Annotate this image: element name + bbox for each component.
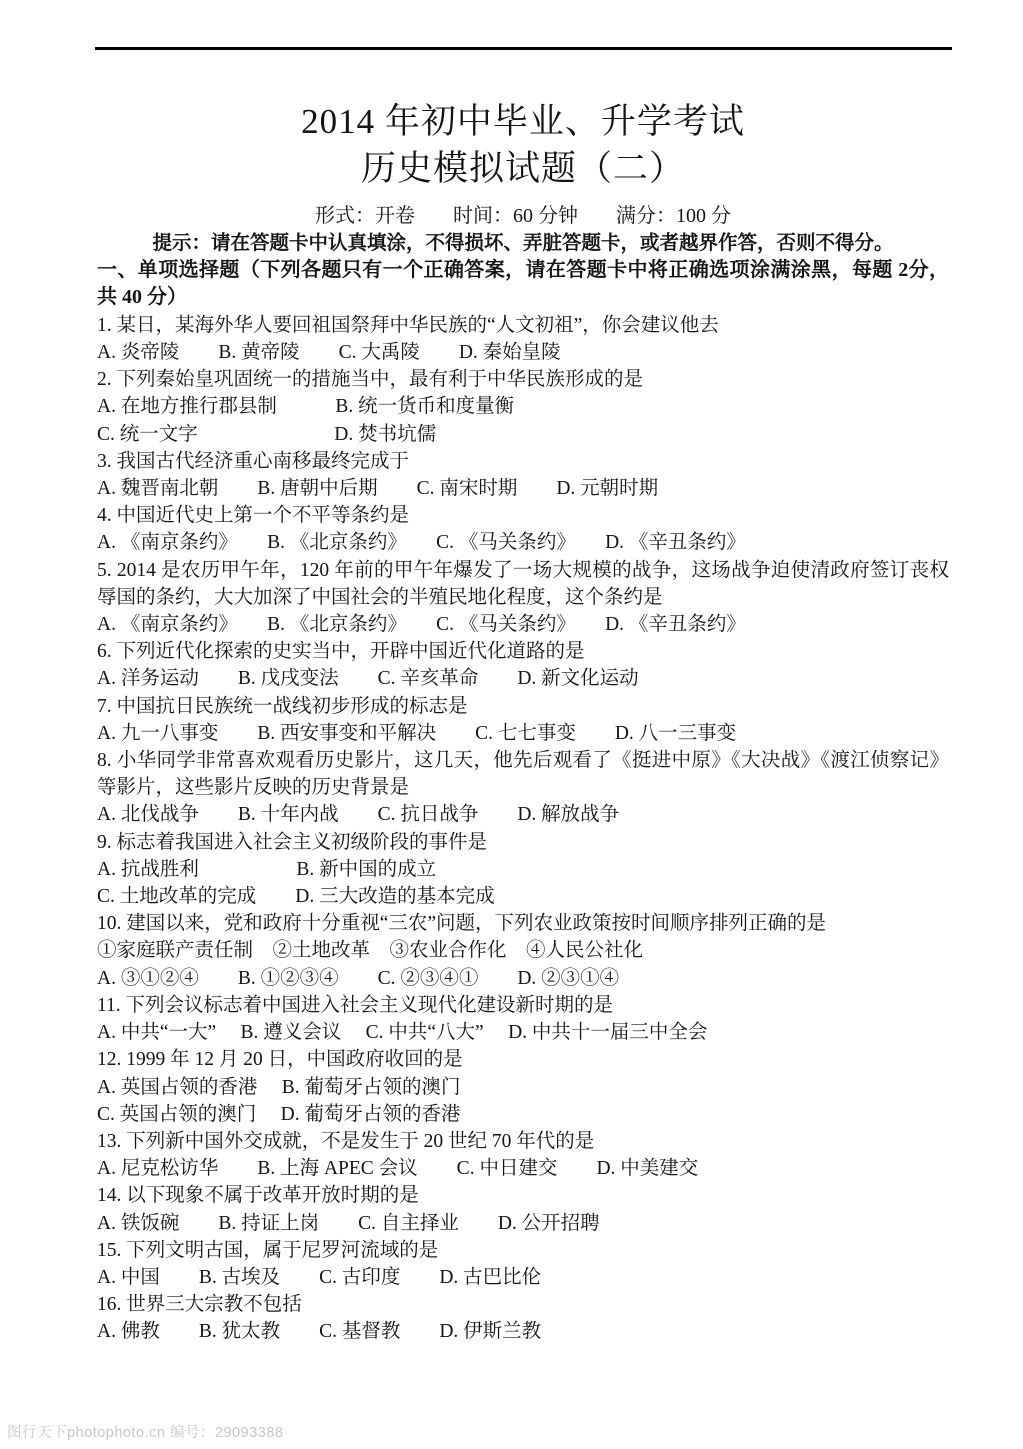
question-line: 7. 中国抗日民族统一战线初步形成的标志是 xyxy=(97,693,949,720)
question-line: A. 佛教 B. 犹太教 C. 基督教 D. 伊斯兰教 xyxy=(97,1318,949,1345)
question-line: A. 中共“一大” B. 遵义会议 C. 中共“八大” D. 中共十一届三中全会 xyxy=(97,1019,949,1046)
question-line: A. 北伐战争 B. 十年内战 C. 抗日战争 D. 解放战争 xyxy=(97,801,949,828)
question-line: A. 中国 B. 古埃及 C. 古印度 D. 古巴比伦 xyxy=(97,1264,949,1291)
question-line: 5. 2014 是农历甲午年，120 年前的甲午年爆发了一场大规模的战争，这场战… xyxy=(97,557,949,611)
question-line: 16. 世界三大宗教不包括 xyxy=(97,1291,949,1318)
question-line: 2. 下列秦始皇巩固统一的措施当中，最有利于中华民族形成的是 xyxy=(97,366,949,393)
question-15: 15. 下列文明古国，属于尼罗河流域的是A. 中国 B. 古埃及 C. 古印度 … xyxy=(97,1237,949,1291)
question-line: A. 抗战胜利 B. 新中国的成立 xyxy=(97,856,949,883)
exam-title-line2: 历史模拟试题（二） xyxy=(97,145,949,192)
exam-notice: 提示：请在答题卡中认真填涂，不得损坏、弄脏答题卡，或者越界作答，否则不得分。 xyxy=(97,230,949,257)
question-1: 1. 某日，某海外华人要回祖国祭拜中华民族的“人文初祖”，你会建议他去A. 炎帝… xyxy=(97,312,949,366)
question-13: 13. 下列新中国外交成就，不是发生于 20 世纪 70 年代的是A. 尼克松访… xyxy=(97,1128,949,1182)
question-5: 5. 2014 是农历甲午年，120 年前的甲午年爆发了一场大规模的战争，这场战… xyxy=(97,557,949,639)
question-line: 1. 某日，某海外华人要回祖国祭拜中华民族的“人文初祖”，你会建议他去 xyxy=(97,312,949,339)
question-line: 8. 小华同学非常喜欢观看历史影片，这几天，他先后观看了《挺进中原》《大决战》《… xyxy=(97,747,949,801)
question-line: 11. 下列会议标志着中国进入社会主义现代化建设新时期的是 xyxy=(97,992,949,1019)
question-3: 3. 我国古代经济重心南移最终完成于A. 魏晋南北朝 B. 唐朝中后期 C. 南… xyxy=(97,448,949,502)
exam-content: 2014 年初中毕业、升学考试 历史模拟试题（二） 形式：开卷时间：60 分钟满… xyxy=(97,0,949,1346)
question-line: C. 英国占领的澳门 D. 葡萄牙占领的香港 xyxy=(97,1101,949,1128)
question-line: C. 土地改革的完成 D. 三大改造的基本完成 xyxy=(97,883,949,910)
question-7: 7. 中国抗日民族统一战线初步形成的标志是A. 九一八事变 B. 西安事变和平解… xyxy=(97,693,949,747)
question-line: A. 《南京条约》 B. 《北京条约》 C. 《马关条约》 D. 《辛丑条约》 xyxy=(97,611,949,638)
question-line: 9. 标志着我国进入社会主义初级阶段的事件是 xyxy=(97,829,949,856)
question-line: 14. 以下现象不属于改革开放时期的是 xyxy=(97,1182,949,1209)
question-14: 14. 以下现象不属于改革开放时期的是A. 铁饭碗 B. 持证上岗 C. 自主择… xyxy=(97,1182,949,1236)
question-list: 1. 某日，某海外华人要回祖国祭拜中华民族的“人文初祖”，你会建议他去A. 炎帝… xyxy=(97,312,949,1346)
question-16: 16. 世界三大宗教不包括A. 佛教 B. 犹太教 C. 基督教 D. 伊斯兰教 xyxy=(97,1291,949,1345)
question-line: ①家庭联产责任制 ②土地改革 ③农业合作化 ④人民公社化 xyxy=(97,937,949,964)
question-line: 12. 1999 年 12 月 20 日，中国政府收回的是 xyxy=(97,1046,949,1073)
question-11: 11. 下列会议标志着中国进入社会主义现代化建设新时期的是A. 中共“一大” B… xyxy=(97,992,949,1046)
exam-meta-row: 形式：开卷时间：60 分钟满分：100 分 xyxy=(97,204,949,229)
exam-title-line1: 2014 年初中毕业、升学考试 xyxy=(97,98,949,145)
question-line: 15. 下列文明古国，属于尼罗河流域的是 xyxy=(97,1237,949,1264)
question-line: 6. 下列近代化探索的史实当中，开辟中国近代化道路的是 xyxy=(97,638,949,665)
question-line: A. ③①②④ B. ①②③④ C. ②③④① D. ②③①④ xyxy=(97,965,949,992)
question-line: A. 洋务运动 B. 戊戌变法 C. 辛亥革命 D. 新文化运动 xyxy=(97,665,949,692)
exam-paper-page: 2014 年初中毕业、升学考试 历史模拟试题（二） 形式：开卷时间：60 分钟满… xyxy=(0,0,1023,1449)
question-line: A. 炎帝陵 B. 黄帝陵 C. 大禹陵 D. 秦始皇陵 xyxy=(97,339,949,366)
question-12: 12. 1999 年 12 月 20 日，中国政府收回的是A. 英国占领的香港 … xyxy=(97,1046,949,1128)
question-10: 10. 建国以来，党和政府十分重视“三农”问题，下列农业政策按时间顺序排列正确的… xyxy=(97,910,949,992)
question-line: A. 九一八事变 B. 西安事变和平解决 C. 七七事变 D. 八一三事变 xyxy=(97,720,949,747)
question-line: 13. 下列新中国外交成就，不是发生于 20 世纪 70 年代的是 xyxy=(97,1128,949,1155)
question-line: A. 《南京条约》 B. 《北京条约》 C. 《马关条约》 D. 《辛丑条约》 xyxy=(97,529,949,556)
watermark: 图行天下photophoto.cn 编号：29093388 xyxy=(7,1421,283,1442)
exam-meta-item: 满分：100 分 xyxy=(616,204,731,229)
question-line: 10. 建国以来，党和政府十分重视“三农”问题，下列农业政策按时间顺序排列正确的… xyxy=(97,910,949,937)
question-line: A. 英国占领的香港 B. 葡萄牙占领的澳门 xyxy=(97,1074,949,1101)
question-line: A. 在地方推行郡县制 B. 统一货币和度量衡 xyxy=(97,393,949,420)
question-line: A. 魏晋南北朝 B. 唐朝中后期 C. 南宋时期 D. 元朝时期 xyxy=(97,475,949,502)
question-6: 6. 下列近代化探索的史实当中，开辟中国近代化道路的是A. 洋务运动 B. 戊戌… xyxy=(97,638,949,692)
exam-meta-item: 形式：开卷 xyxy=(315,204,415,229)
question-8: 8. 小华同学非常喜欢观看历史影片，这几天，他先后观看了《挺进中原》《大决战》《… xyxy=(97,747,949,829)
section-heading: 一、单项选择题（下列各题只有一个正确答案，请在答题卡中将正确选项涂满涂黑，每题 … xyxy=(97,257,949,312)
question-9: 9. 标志着我国进入社会主义初级阶段的事件是A. 抗战胜利 B. 新中国的成立C… xyxy=(97,829,949,911)
question-2: 2. 下列秦始皇巩固统一的措施当中，最有利于中华民族形成的是A. 在地方推行郡县… xyxy=(97,366,949,448)
question-line: 3. 我国古代经济重心南移最终完成于 xyxy=(97,448,949,475)
question-line: C. 统一文字 D. 焚书坑儒 xyxy=(97,421,949,448)
question-4: 4. 中国近代史上第一个不平等条约是A. 《南京条约》 B. 《北京条约》 C.… xyxy=(97,502,949,556)
question-line: A. 铁饭碗 B. 持证上岗 C. 自主择业 D. 公开招聘 xyxy=(97,1210,949,1237)
exam-meta-item: 时间：60 分钟 xyxy=(453,204,578,229)
question-line: 4. 中国近代史上第一个不平等条约是 xyxy=(97,502,949,529)
question-line: A. 尼克松访华 B. 上海 APEC 会议 C. 中日建交 D. 中美建交 xyxy=(97,1155,949,1182)
